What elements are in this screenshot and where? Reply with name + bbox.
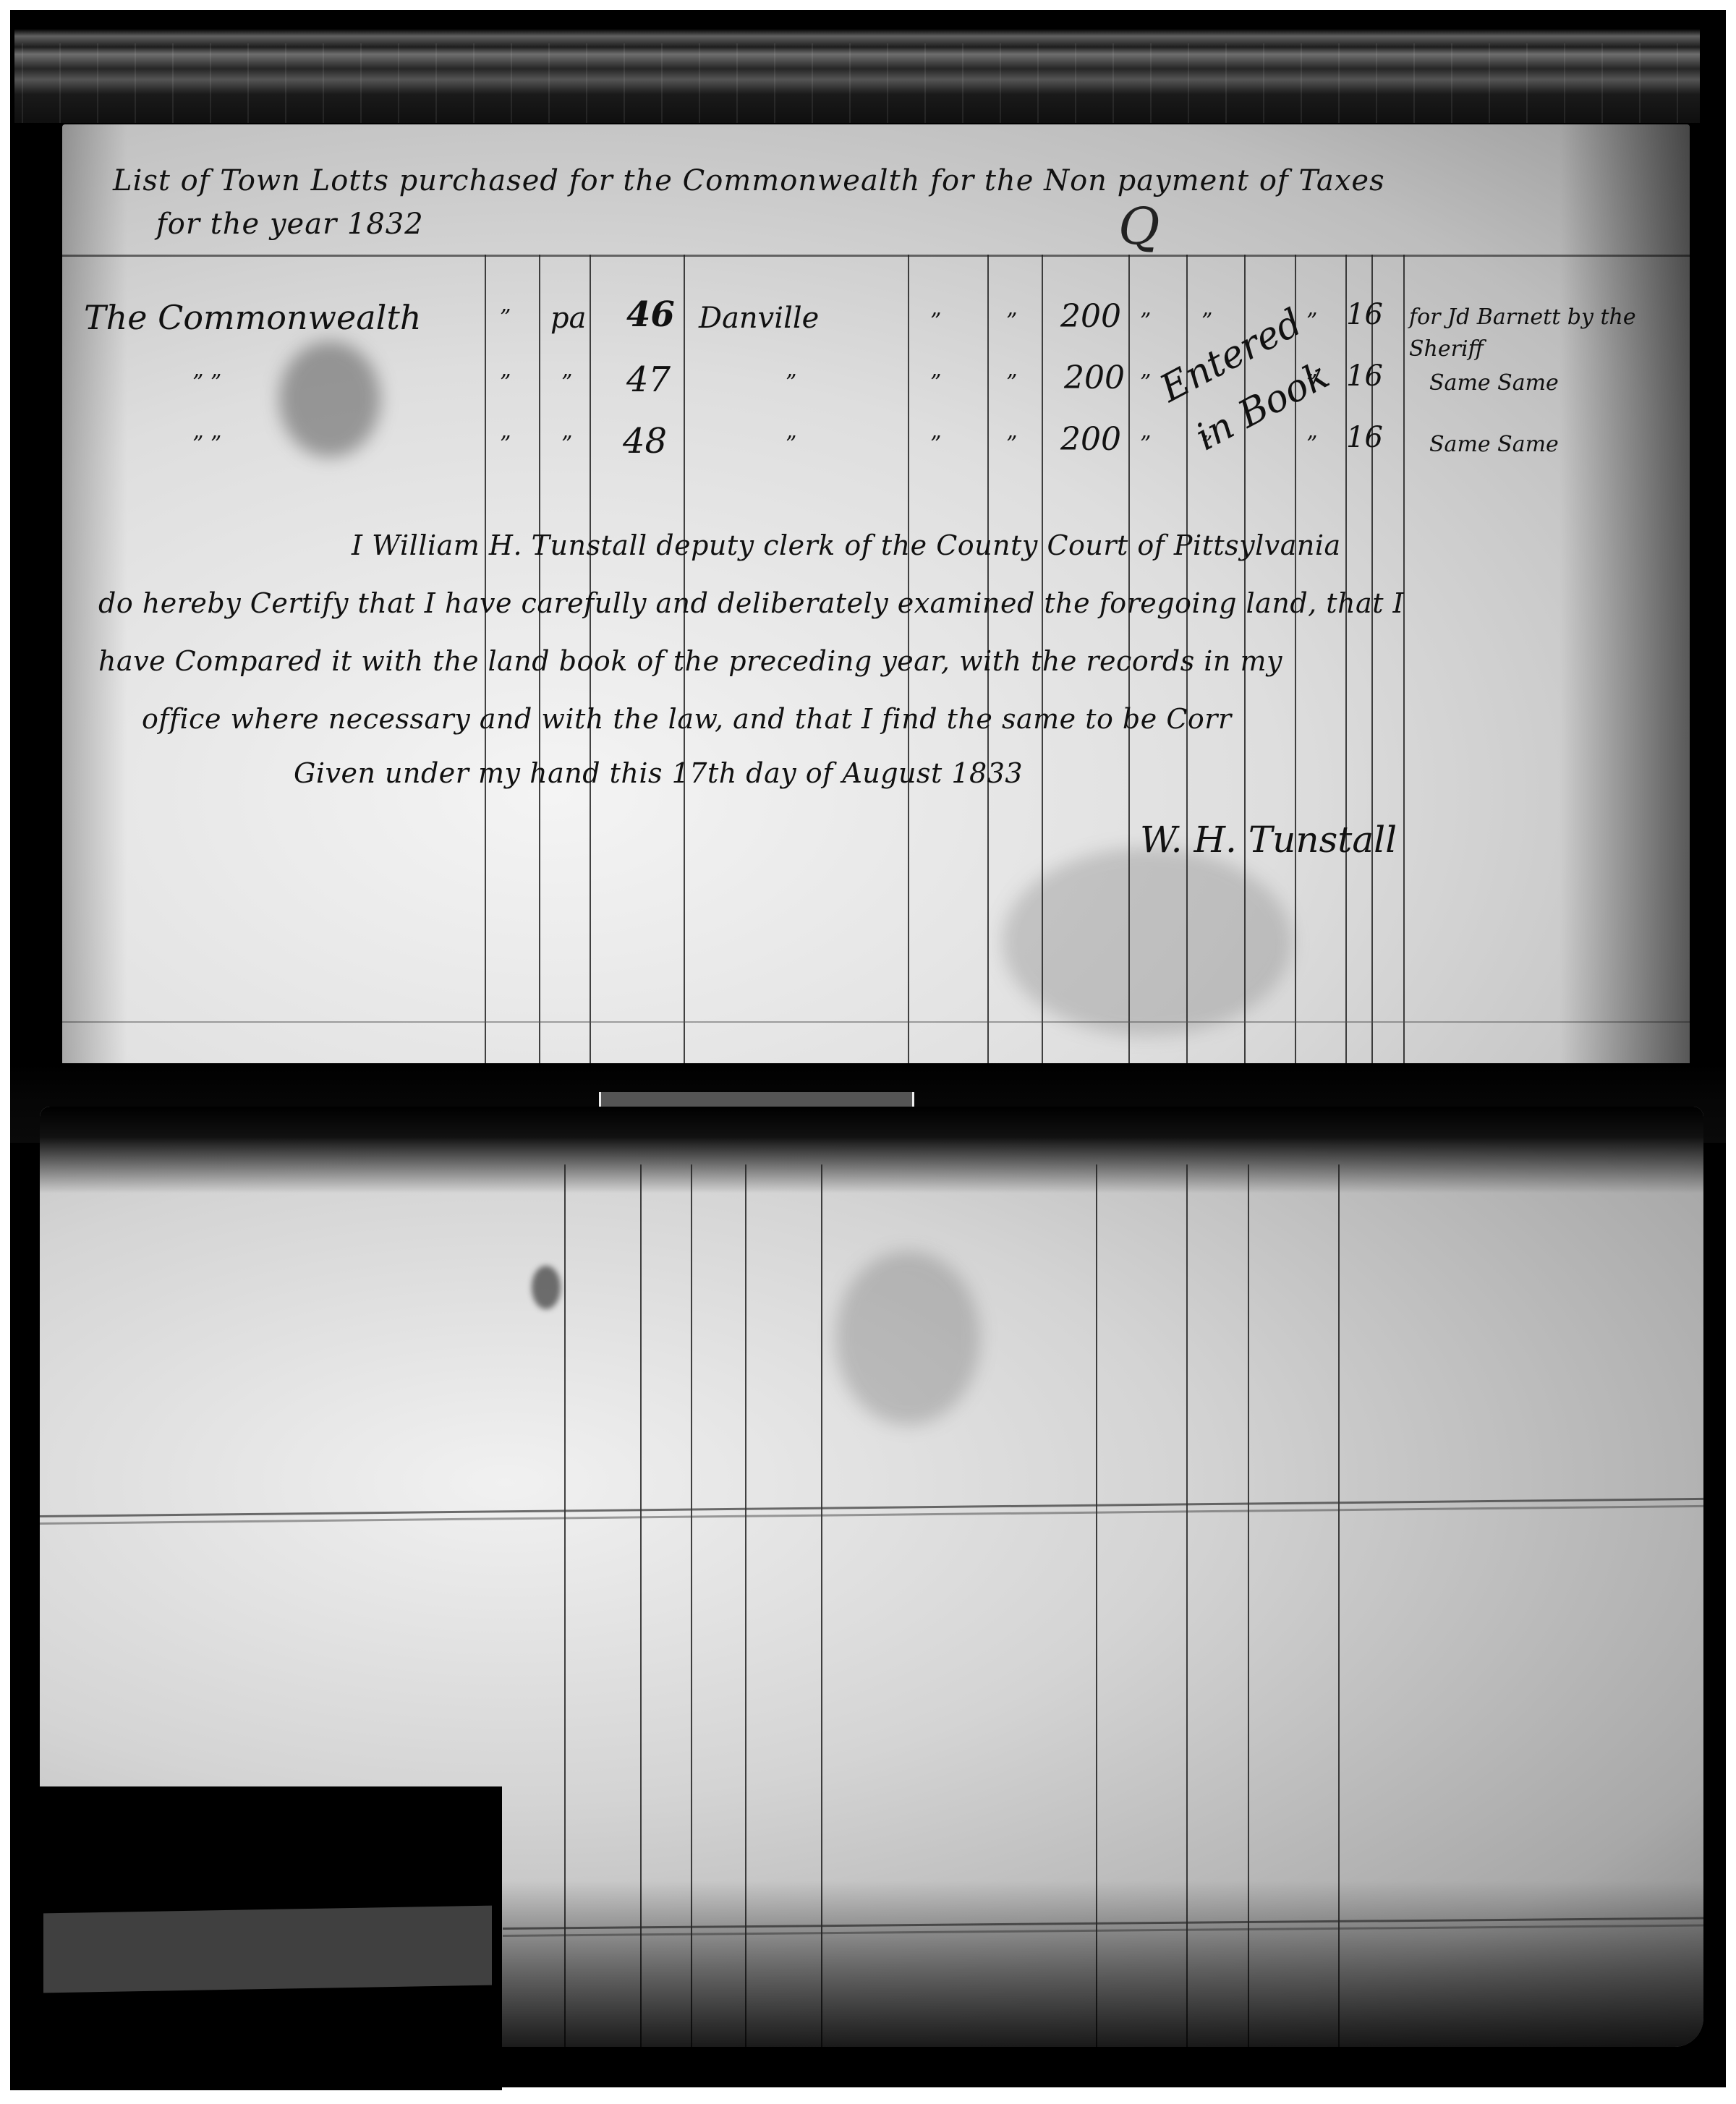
row-col7: ” <box>1006 432 1017 457</box>
column-line <box>564 1164 566 2047</box>
row-name: The Commonwealth <box>84 298 421 337</box>
row-value: 200 <box>1064 359 1125 396</box>
row-col7: ” <box>1006 370 1017 396</box>
row-col10: ” <box>1201 309 1212 334</box>
column-line <box>1338 1164 1340 2047</box>
row-col2: ” <box>500 305 511 331</box>
row-value: 200 <box>1060 298 1121 335</box>
row-col11: ” <box>1306 309 1317 334</box>
row-col3: ” <box>561 370 572 396</box>
row-col7: ” <box>1006 309 1017 334</box>
row-col2: ” <box>500 370 511 396</box>
column-line <box>1248 1164 1249 2047</box>
row-lot-number: 46 <box>626 294 675 335</box>
row-name: ” ” <box>192 370 221 396</box>
row-purchaser: Same Same <box>1429 432 1559 457</box>
row-lot-number: 47 <box>626 359 671 400</box>
book-page-edges <box>22 43 1685 123</box>
row-col6: ” <box>930 309 941 334</box>
column-line <box>745 1164 746 2047</box>
row-col3: pa <box>550 302 586 335</box>
torn-top-edge <box>40 1107 1703 1193</box>
row-col9: ” <box>1140 432 1151 457</box>
header-rule <box>62 255 1690 257</box>
certification-line2: do hereby Certify that I have carefully … <box>98 587 1404 619</box>
column-line <box>821 1164 822 2047</box>
column-line <box>1096 1164 1097 2047</box>
ledger-heading-line1: List of Town Lotts purchased for the Com… <box>113 164 1385 197</box>
row-town: ” <box>786 370 796 396</box>
certification-line1: I William H. Tunstall deputy clerk of th… <box>352 529 1341 561</box>
row-col3: ” <box>561 432 572 457</box>
certification-line4: office where necessary and with the law,… <box>142 703 1232 735</box>
row-town: Danville <box>699 302 819 335</box>
row-col6: ” <box>930 432 941 457</box>
horizontal-rule <box>503 1917 1703 1930</box>
ink-blot <box>532 1266 561 1309</box>
clerk-signature: W. H. Tunstall <box>1140 819 1397 861</box>
ledger-page-top: List of Town Lotts purchased for the Com… <box>62 124 1690 1081</box>
row-name: ” ” <box>192 432 221 457</box>
row-col12: 16 <box>1346 359 1383 393</box>
row-col11: ” <box>1306 432 1317 457</box>
row-col2: ” <box>500 432 511 457</box>
row-value: 200 <box>1060 421 1121 458</box>
ledger-heading-line2: for the year 1832 <box>156 208 424 241</box>
water-stain <box>279 341 380 457</box>
horizontal-rule <box>503 1925 1703 1937</box>
column-line <box>691 1164 692 2047</box>
marginal-q-mark: Q <box>1118 197 1160 256</box>
row-col12: 16 <box>1346 421 1383 454</box>
scratch-marks <box>835 1251 980 1425</box>
row-col6: ” <box>930 370 941 396</box>
row-purchaser: Same Same <box>1429 370 1559 396</box>
row-town: ” <box>786 432 796 457</box>
loose-page-flap <box>43 1906 492 1993</box>
row-col9: ” <box>1140 370 1151 396</box>
row-col9: ” <box>1140 309 1151 334</box>
faint-ruled-line <box>62 1021 1690 1023</box>
column-line <box>640 1164 642 2047</box>
column-line <box>1186 1164 1188 2047</box>
row-lot-number: 48 <box>623 421 667 461</box>
certification-line3: have Compared it with the land book of t… <box>98 645 1282 677</box>
row-col12: 16 <box>1346 298 1383 331</box>
bleed-through-shadow <box>1003 848 1292 1036</box>
certification-date-line: Given under my hand this 17th day of Aug… <box>294 757 1023 789</box>
column-line <box>1403 255 1405 1079</box>
row-purchaser: for Jd Barnett by the Sheriff <box>1409 302 1669 365</box>
